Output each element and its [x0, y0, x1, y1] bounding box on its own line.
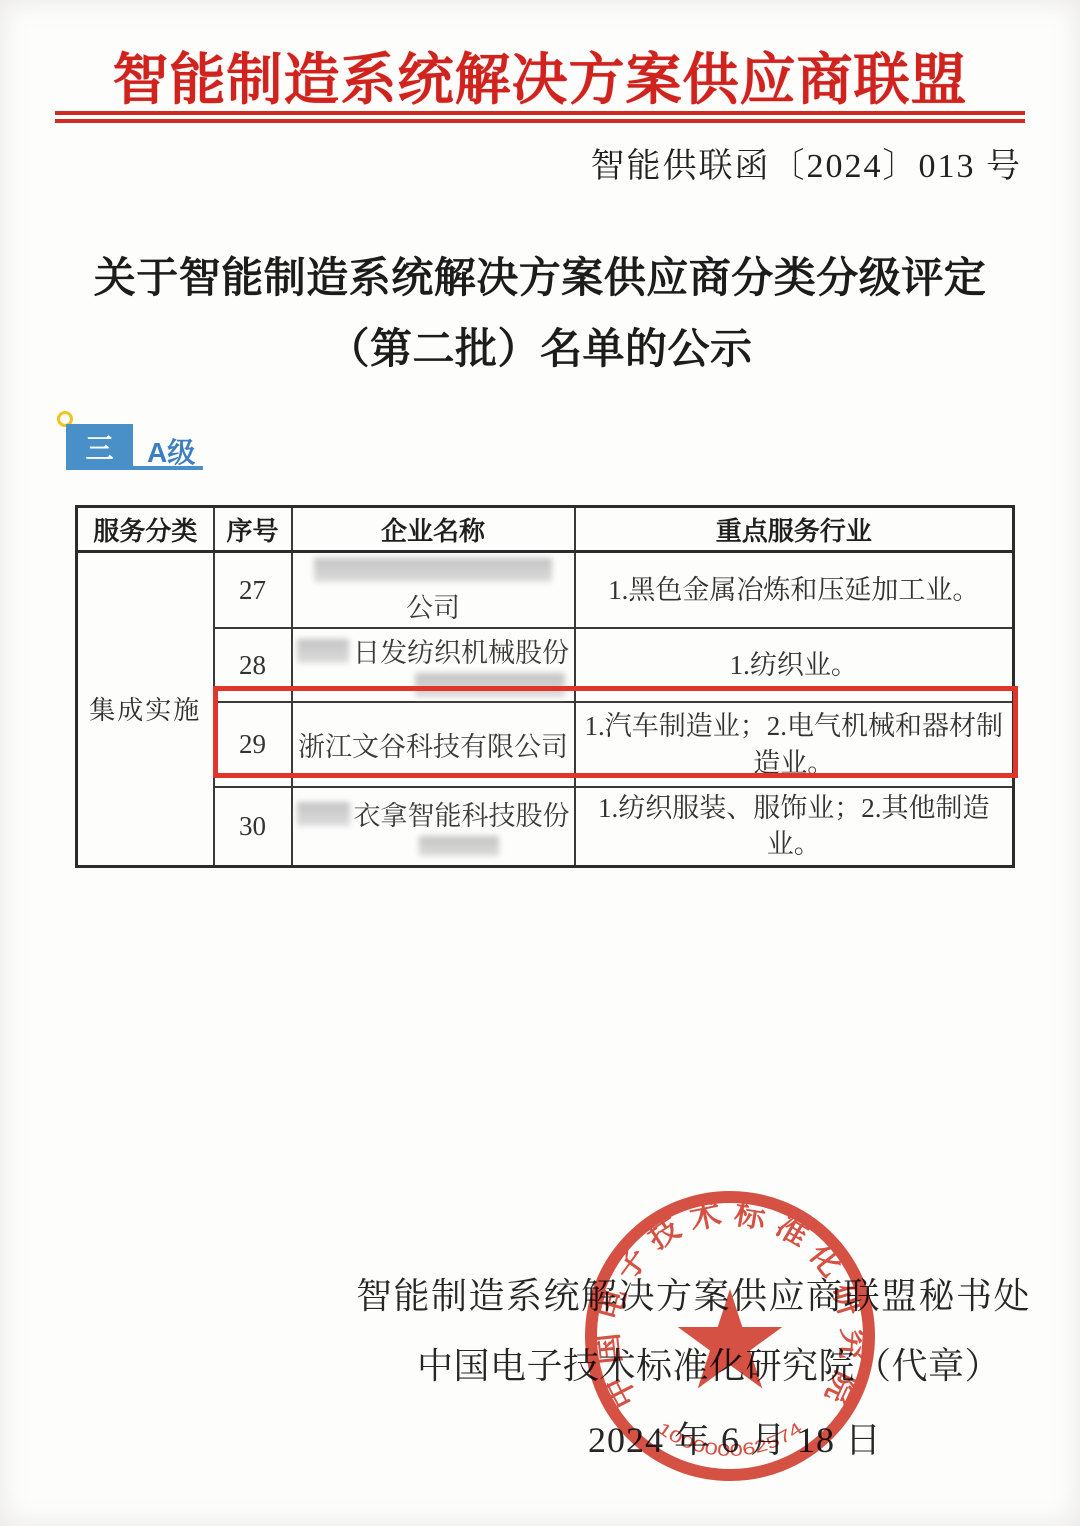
document-title-line1: 关于智能制造系统解决方案供应商分类分级评定 — [0, 245, 1080, 305]
category-cell: 集成实施 — [77, 552, 214, 867]
section-index-badge: 三 — [66, 424, 133, 470]
header-company-name: 企业名称 — [292, 507, 575, 552]
letterhead-title: 智能制造系统解决方案供应商联盟 — [0, 36, 1080, 116]
industries-cell: 1.黑色金属冶炼和压延加工业。 — [575, 552, 1014, 629]
section-underline — [133, 466, 203, 470]
official-seal-stamp: 中国电子技术标准化研究院 100000062574 — [560, 1166, 900, 1506]
star-icon — [678, 1289, 783, 1389]
serial-cell: 30 — [214, 787, 292, 866]
section-label: A级 — [147, 431, 195, 471]
redacted-blur — [415, 673, 565, 697]
document-title-line2: （第二批）名单的公示 — [0, 316, 1080, 376]
redacted-blur — [297, 802, 350, 826]
serial-cell: 28 — [214, 628, 292, 702]
company-name: 浙江文谷科技有限公司 — [298, 732, 568, 762]
seal-serial: 100000062574 — [654, 1419, 806, 1461]
table-row: 28 日发纺织机械股份 1.纺织业。 — [77, 628, 1014, 702]
section-index-glyph: 三 — [85, 427, 113, 467]
table-row: 30 衣拿智能科技股份 1.纺织服装、服饰业；2.其他制造业。 — [77, 787, 1014, 866]
table-row-highlighted: 29 浙江文谷科技有限公司 1.汽车制造业；2.电气机械和器材制造业。 — [77, 702, 1014, 787]
redacted-blur — [314, 558, 552, 582]
redacted-blur — [297, 639, 349, 663]
letterhead-rule-top — [55, 111, 1025, 115]
company-cell: 浙江文谷科技有限公司 — [292, 702, 575, 787]
table-row: 集成实施 27 公司 1.黑色金属冶炼和压延加工业。 — [77, 552, 1014, 629]
header-key-industries: 重点服务行业 — [575, 507, 1014, 552]
company-name: 日发纺织机械股份 — [353, 631, 569, 670]
header-service-category: 服务分类 — [77, 507, 214, 552]
industries-cell: 1.纺织服装、服饰业；2.其他制造业。 — [575, 787, 1014, 866]
table-header-row: 服务分类 序号 企业名称 重点服务行业 — [77, 507, 1014, 552]
industries-cell: 1.纺织业。 — [575, 628, 1014, 702]
company-cell: 公司 — [292, 552, 575, 629]
serial-cell: 27 — [214, 552, 292, 629]
company-name: 公司 — [297, 586, 570, 625]
industries-cell: 1.汽车制造业；2.电气机械和器材制造业。 — [575, 702, 1014, 787]
company-cell: 衣拿智能科技股份 — [292, 787, 575, 866]
letterhead-rule-bottom — [55, 119, 1025, 123]
supplier-table: 服务分类 序号 企业名称 重点服务行业 集成实施 27 公司 1.黑色金属冶炼和… — [75, 505, 1015, 868]
announcement-document: 智能制造系统解决方案供应商联盟 智能供联函〔2024〕013 号 关于智能制造系… — [0, 0, 1080, 1526]
redacted-blur — [419, 836, 499, 856]
header-serial: 序号 — [214, 507, 292, 552]
document-number: 智能供联函〔2024〕013 号 — [591, 138, 1023, 187]
company-name: 衣拿智能科技股份 — [354, 794, 570, 833]
serial-cell: 29 — [214, 702, 292, 787]
company-cell: 日发纺织机械股份 — [292, 628, 575, 702]
